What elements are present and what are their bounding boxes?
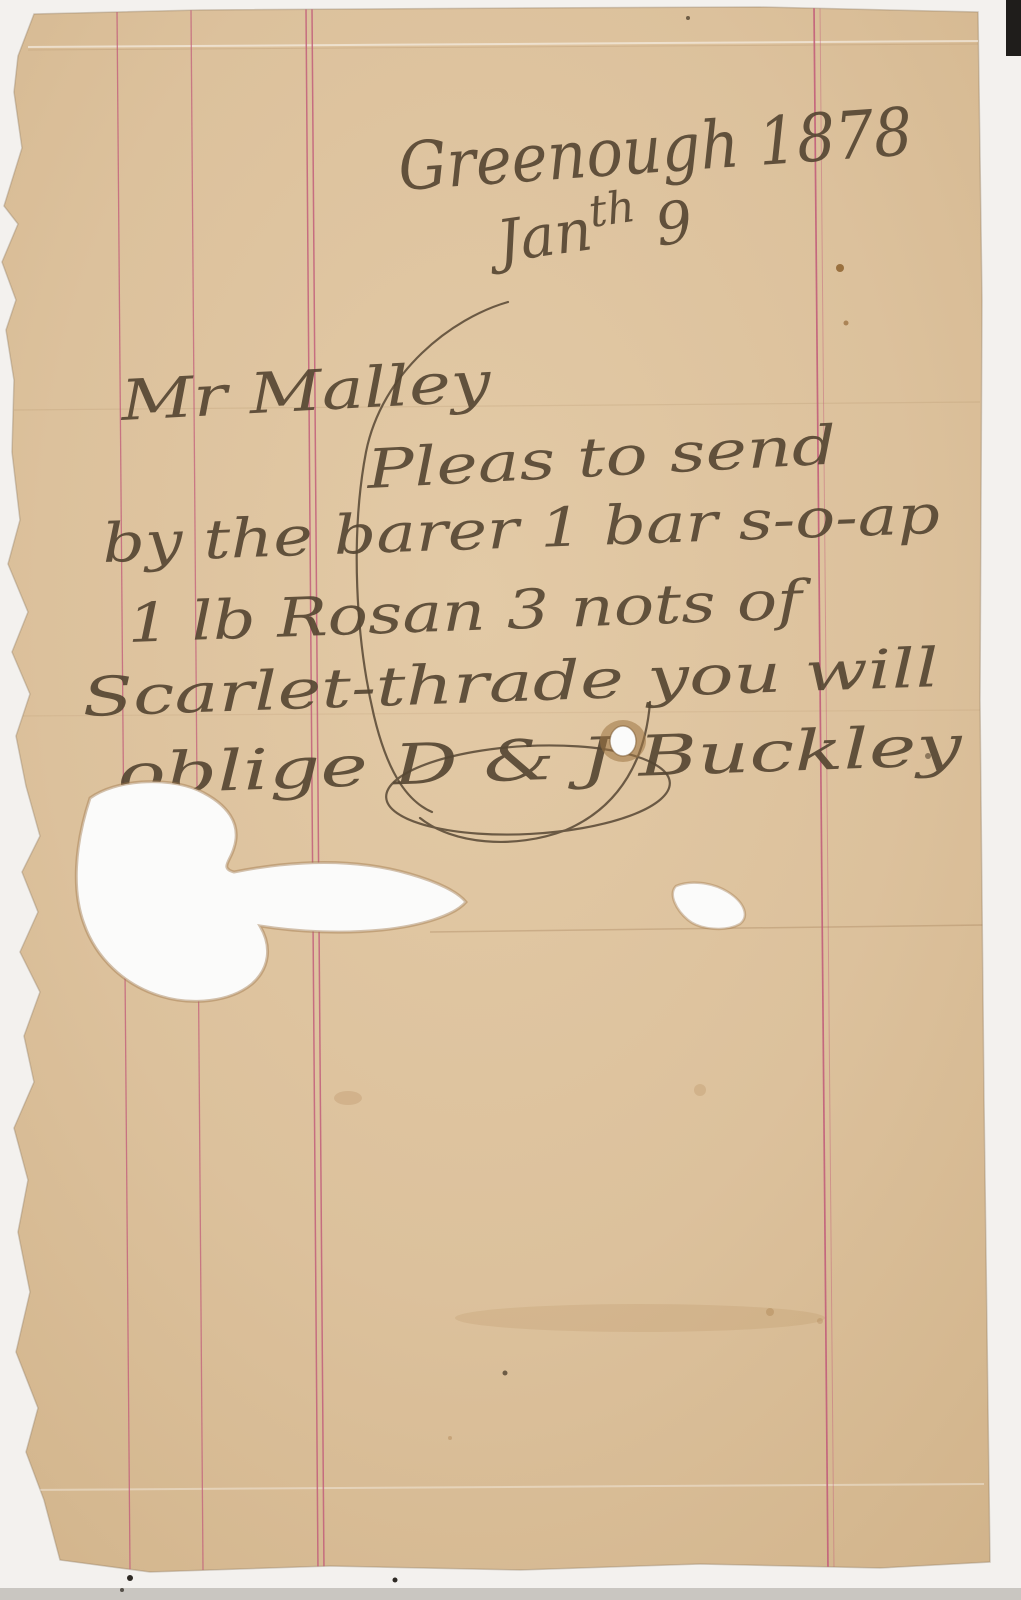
scanned-letter-page: Greenough 1878 Janth9 Mr Malley Pleas to… — [0, 0, 1021, 1600]
stain-spot — [448, 1436, 452, 1440]
scanner-edge-strip — [0, 1588, 1021, 1600]
stain-spot — [334, 1091, 362, 1105]
stain-spot — [766, 1308, 774, 1316]
stain-spot — [836, 264, 844, 272]
debris-fleck — [393, 1578, 398, 1583]
scanner-corner-shadow — [1006, 0, 1021, 56]
stain-spot — [503, 1371, 508, 1376]
stain-spot — [844, 321, 849, 326]
date-month: Jan — [483, 195, 597, 277]
letter-scan-canvas: Greenough 1878 Janth9 Mr Malley Pleas to… — [0, 0, 1021, 1600]
punched-hole — [610, 726, 636, 756]
debris-fleck — [127, 1575, 133, 1581]
debris-fleck — [120, 1588, 124, 1592]
stain-spot — [686, 16, 690, 20]
date-ordinal: th — [586, 181, 639, 238]
stain-spot — [694, 1084, 706, 1096]
stain-spot — [817, 1318, 823, 1324]
